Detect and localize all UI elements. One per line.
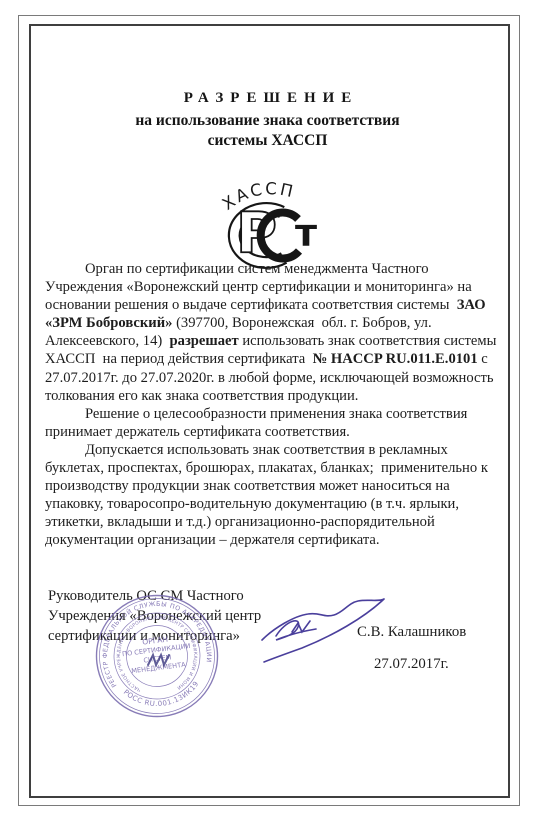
signature-date: 27.07.2017г. xyxy=(374,656,449,673)
certificate-page: РАЗРЕШЕНИЕ на использование знака соотве… xyxy=(0,0,540,819)
document-body: Орган по сертификации систем менеджмента… xyxy=(45,260,500,550)
paragraph-2: Решение о целесообразности применения зн… xyxy=(45,405,500,441)
p1-certificate-number: № HACCP RU.011.E.0101 xyxy=(313,351,478,367)
signer-name: С.В. Калашников xyxy=(357,624,466,641)
paragraph-1: Орган по сертификации систем менеджмента… xyxy=(45,260,500,405)
p1-permits-word: разрешает xyxy=(170,333,239,349)
rst-letter-t-icon: т xyxy=(295,211,317,255)
document-title: РАЗРЕШЕНИЕ на использование знака соотве… xyxy=(29,90,506,151)
title-line-1: РАЗРЕШЕНИЕ xyxy=(29,90,506,107)
p1-seg-1: Орган по сертификации систем менеджмента… xyxy=(45,261,475,313)
title-line-2: на использование знака соответствия xyxy=(29,111,506,131)
paragraph-3: Допускается использовать знак соответств… xyxy=(45,441,500,550)
organization-stamp: РЕЕСТР ФЕДЕРАЛЬНОЙ СЛУЖБЫ ПО АККРЕДИТАЦИ… xyxy=(94,593,220,719)
title-line-3: системы ХАССП xyxy=(29,131,506,151)
